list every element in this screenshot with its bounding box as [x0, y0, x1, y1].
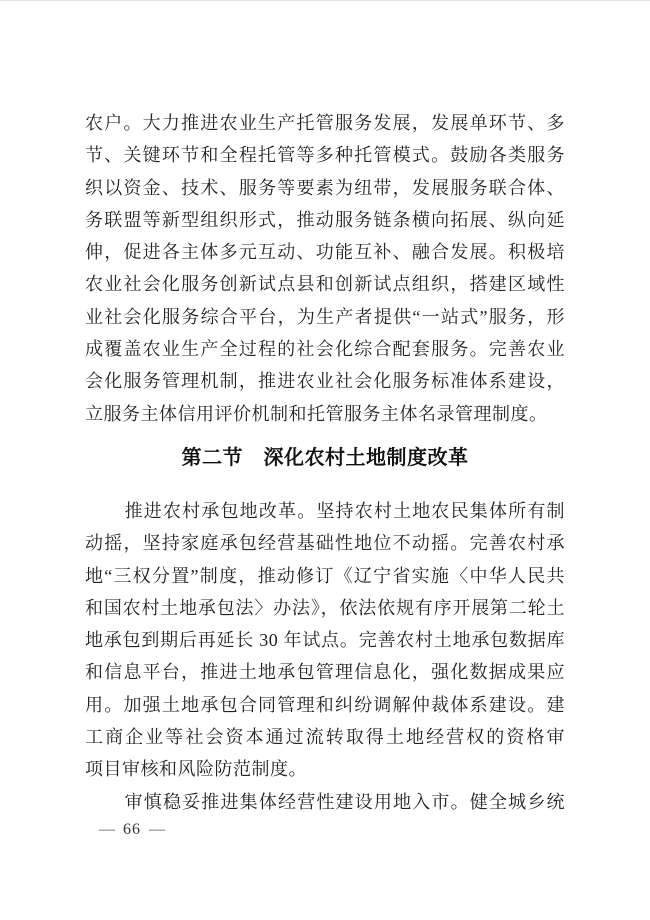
page-number: 66	[123, 818, 141, 842]
body-text: 农户。大力推进农业生产托管服务发展，发展单环节、多环 节、关键环节和全程托管等多…	[85, 107, 565, 818]
text-line: 会化服务管理机制，推进农业社会化服务标准体系建设，建	[85, 365, 565, 397]
text-line: 立服务主体信用评价机制和托管服务主体名录管理制度。	[85, 398, 565, 430]
text-line: 织以资金、技术、服务等要素为纽带，发展服务联合体、服	[85, 172, 565, 204]
text-line: 节、关键环节和全程托管等多种托管模式。鼓励各类服务组	[85, 139, 565, 171]
text-line: 务联盟等新型组织形式，推动服务链条横向拓展、纵向延	[85, 204, 565, 236]
text-line: 推进农村承包地改革。坚持农村土地农民集体所有制不	[85, 495, 565, 527]
text-line: 农业社会化服务创新试点县和创新试点组织，搭建区域性农	[85, 268, 565, 300]
document-page: 农户。大力推进农业生产托管服务发展，发展单环节、多环 节、关键环节和全程托管等多…	[0, 0, 650, 920]
text-line: 工商企业等社会资本通过流转取得土地经营权的资格审查、	[85, 721, 565, 753]
paragraph-3: 审慎稳妥推进集体经营性建设用地入市。健全城乡统一	[85, 786, 565, 818]
page-footer: —66—	[99, 818, 165, 842]
text-line: 成覆盖农业生产全过程的社会化综合配套服务。完善农业社	[85, 333, 565, 365]
paragraph-1: 农户。大力推进农业生产托管服务发展，发展单环节、多环 节、关键环节和全程托管等多…	[85, 107, 565, 430]
text-line: 业社会化服务综合平台，为生产者提供“一站式”服务，形	[85, 301, 565, 333]
paragraph-2: 推进农村承包地改革。坚持农村土地农民集体所有制不 动摇，坚持家庭承包经营基础性地…	[85, 495, 565, 786]
text-line: 审慎稳妥推进集体经营性建设用地入市。健全城乡统一	[85, 786, 565, 818]
text-line: 动摇，坚持家庭承包经营基础性地位不动摇。完善农村承包	[85, 527, 565, 559]
text-line: 地承包到期后再延长 30 年试点。完善农村土地承包数据库	[85, 624, 565, 656]
text-line: 农户。大力推进农业生产托管服务发展，发展单环节、多环	[85, 107, 565, 139]
section-heading: 第二节 深化农村土地制度改革	[85, 443, 565, 473]
text-line: 和信息平台，推进土地承包管理信息化，强化数据成果应	[85, 656, 565, 688]
footer-dash-left: —	[99, 818, 115, 842]
text-line: 地“三权分置”制度，推动修订《辽宁省实施〈中华人民共	[85, 560, 565, 592]
text-line: 项目审核和风险防范制度。	[85, 753, 565, 785]
text-line: 用。加强土地承包合同管理和纠纷调解仲裁体系建设。建立	[85, 689, 565, 721]
text-line: 和国农村土地承包法〉办法》，依法依规有序开展第二轮土	[85, 592, 565, 624]
footer-dash-right: —	[149, 818, 165, 842]
text-line: 伸，促进各主体多元互动、功能互补、融合发展。积极培育	[85, 236, 565, 268]
